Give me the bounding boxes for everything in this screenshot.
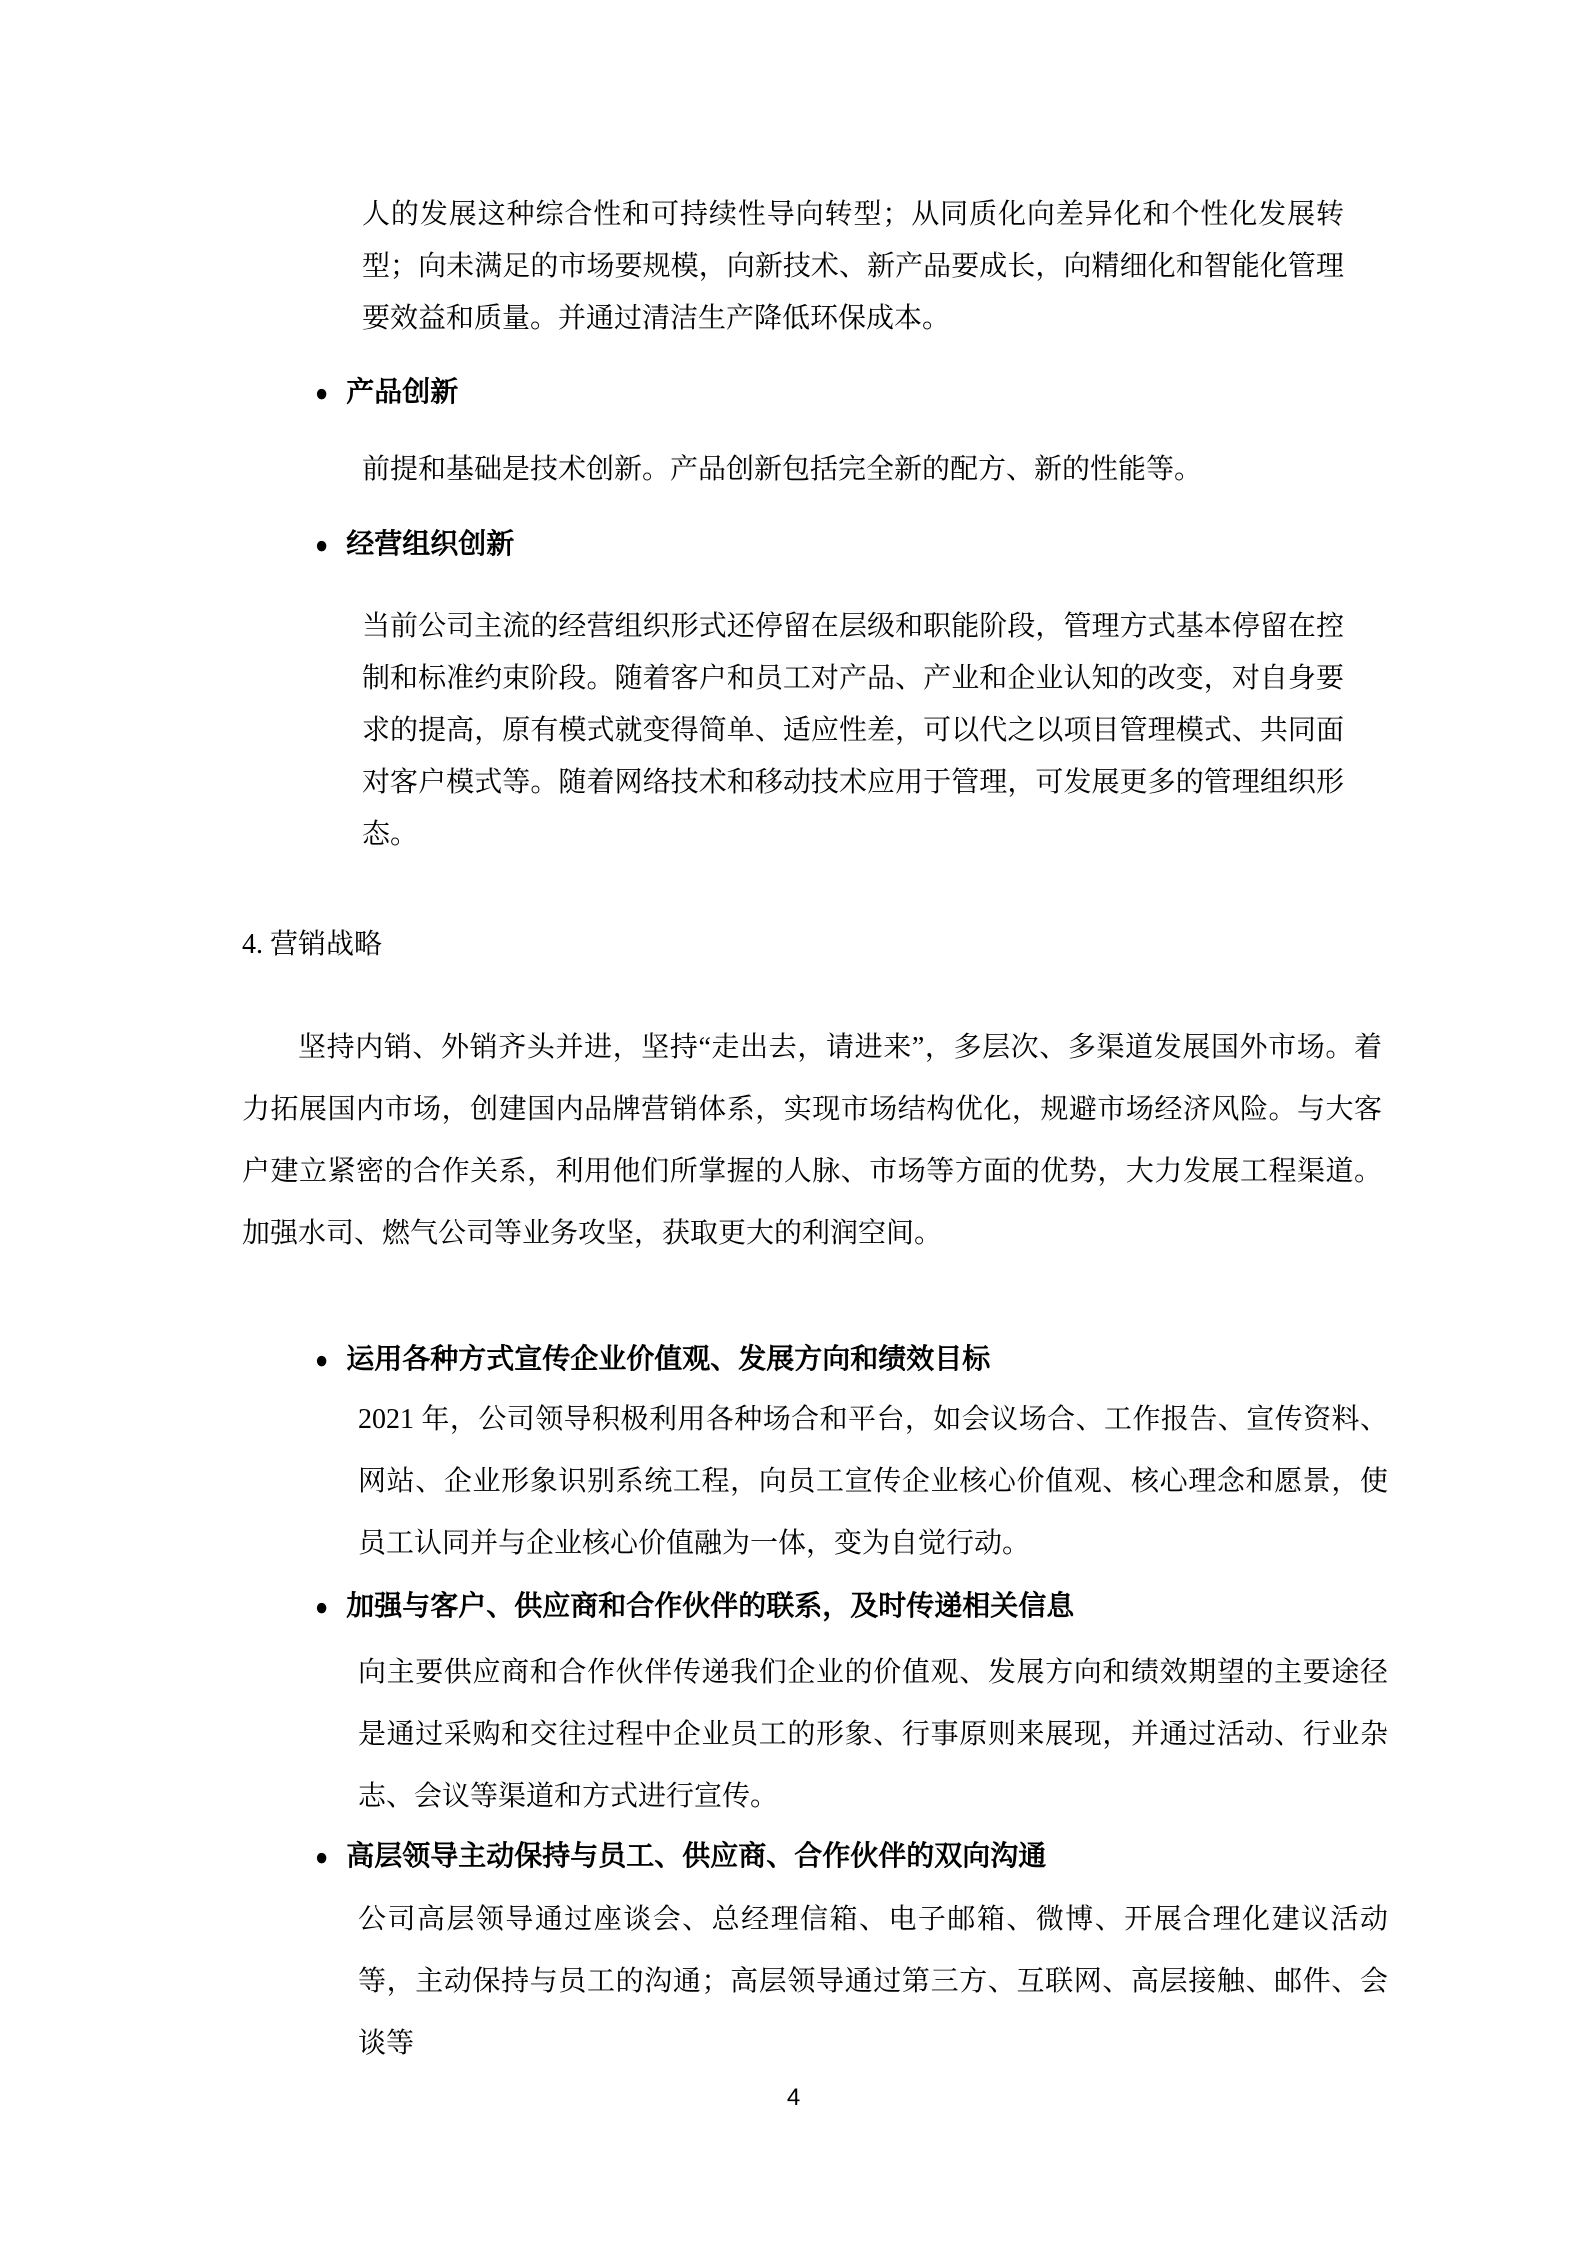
bullet-item: ● 加强与客户、供应商和合作伙伴的联系，及时传递相关信息: [315, 1581, 1074, 1633]
page-number: 4: [0, 2085, 1587, 2111]
bullet-item: ● 经营组织创新: [315, 519, 514, 571]
body-paragraph: 公司高层领导通过座谈会、总经理信箱、电子邮箱、微博、开展合理化建议活动等，主动保…: [358, 1889, 1388, 2075]
bullet-icon: ●: [315, 381, 328, 406]
bullet-item-label: 经营组织创新: [346, 519, 514, 571]
bullet-icon: ●: [315, 1348, 328, 1373]
bullet-item-label: 运用各种方式宣传企业价值观、发展方向和绩效目标: [346, 1334, 990, 1386]
body-paragraph: 2021 年，公司领导积极利用各种场合和平台，如会议场合、工作报告、宣传资料、网…: [358, 1389, 1388, 1575]
bullet-item: ● 高层领导主动保持与员工、供应商、合作伙伴的双向沟通: [315, 1831, 1046, 1883]
document-page: 人的发展这种综合性和可持续性导向转型；从同质化向差异化和个性化发展转型；向未满足…: [0, 0, 1587, 2245]
body-paragraph: 前提和基础是技术创新。产品创新包括完全新的配方、新的性能等。: [362, 444, 1344, 496]
bullet-item-label: 高层领导主动保持与员工、供应商、合作伙伴的双向沟通: [346, 1831, 1046, 1883]
body-paragraph: 当前公司主流的经营组织形式还停留在层级和职能阶段，管理方式基本停留在控制和标准约…: [362, 601, 1344, 861]
body-paragraph: 向主要供应商和合作伙伴传递我们企业的价值观、发展方向和绩效期望的主要途径是通过采…: [358, 1642, 1388, 1828]
section-heading: 4. 营销战略: [242, 917, 382, 973]
section-intro-paragraph: 坚持内销、外销齐头并进，坚持“走出去，请进来”，多层次、多渠道发展国外市场。着力…: [242, 1017, 1382, 1265]
bullet-item-label: 产品创新: [346, 367, 458, 419]
bullet-item: ● 运用各种方式宣传企业价值观、发展方向和绩效目标: [315, 1334, 990, 1386]
bullet-icon: ●: [315, 1845, 328, 1870]
body-paragraph: 人的发展这种综合性和可持续性导向转型；从同质化向差异化和个性化发展转型；向未满足…: [362, 189, 1344, 345]
bullet-icon: ●: [315, 1595, 328, 1620]
bullet-item: ● 产品创新: [315, 367, 458, 419]
bullet-icon: ●: [315, 533, 328, 558]
bullet-item-label: 加强与客户、供应商和合作伙伴的联系，及时传递相关信息: [346, 1581, 1074, 1633]
